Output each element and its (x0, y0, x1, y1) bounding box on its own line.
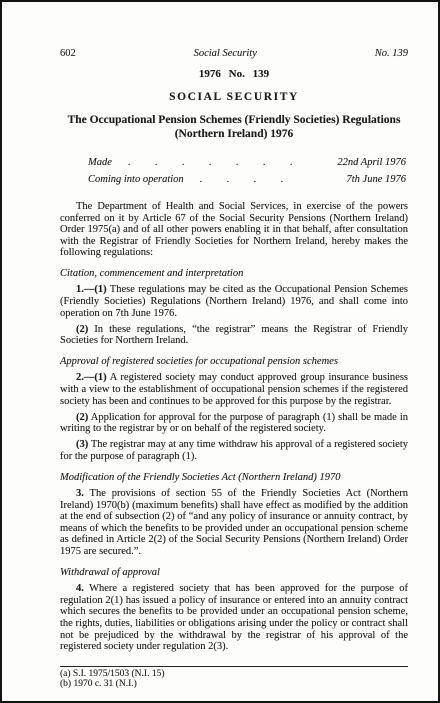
section-heading: Approval of registered societies for occ… (60, 356, 408, 368)
subject-heading: SOCIAL SECURITY (60, 91, 408, 103)
section-heading: Modification of the Friendly Societies A… (60, 472, 408, 484)
page-content: 602 Social Security No. 139 1976 No. 139… (60, 48, 408, 690)
docket-block: Made . . . . . . . 22nd April 1976 Comin… (88, 154, 406, 188)
running-header: 602 Social Security No. 139 (60, 48, 408, 59)
paragraph-text: In these regulations, “the registrar” me… (60, 324, 408, 347)
footnote-b: (b) 1970 c. 31 (N.I.) (60, 679, 408, 690)
paragraph-number: 4. (76, 583, 84, 594)
regulation-paragraph: (3) The registrar may at any time withdr… (60, 439, 408, 462)
title-line-2: (Northern Ireland) 1976 (60, 128, 408, 142)
paragraph-number: 3. (76, 488, 84, 499)
running-title: Social Security (194, 48, 257, 59)
paragraph-number: 2.—(1) (76, 372, 107, 383)
paragraph-number: (3) (76, 439, 88, 450)
section-heading: Citation, commencement and interpretatio… (60, 268, 408, 280)
section-withdrawal: Withdrawal of approval 4. Where a regist… (60, 567, 408, 653)
section-approval: Approval of registered societies for occ… (60, 356, 408, 463)
document-page: 602 Social Security No. 139 1976 No. 139… (0, 0, 440, 703)
preamble-paragraph: The Department of Health and Social Serv… (60, 201, 408, 259)
footnote-block: (a) S.I. 1975/1503 (N.I. 15) (b) 1970 c.… (60, 666, 408, 690)
regulation-paragraph: 3. The provisions of section 55 of the F… (60, 488, 408, 558)
regulation-paragraph: 4. Where a registered society that has b… (60, 583, 408, 653)
regulation-paragraph: (2) In these regulations, “the registrar… (60, 324, 408, 347)
made-date: 22nd April 1976 (337, 154, 406, 171)
title-line-1: The Occupational Pension Schemes (Friend… (60, 114, 408, 128)
section-heading: Withdrawal of approval (60, 567, 408, 579)
paragraph-number: (2) (76, 412, 88, 423)
section-modification: Modification of the Friendly Societies A… (60, 472, 408, 558)
regulation-paragraph: (2) Application for approval for the pur… (60, 412, 408, 435)
paragraph-text: The provisions of section 55 of the Frie… (60, 488, 408, 557)
paragraph-number: 1.—(1) (76, 284, 107, 295)
paragraph-text: Application for approval for the purpose… (60, 412, 408, 435)
section-citation: Citation, commencement and interpretatio… (60, 268, 408, 347)
dot-leader: . . . . (184, 171, 347, 188)
paragraph-text: Where a registered society that has been… (60, 583, 408, 652)
footnote-a: (a) S.I. 1975/1503 (N.I. 15) (60, 669, 408, 680)
operation-label: Coming into operation (88, 171, 184, 188)
regulation-paragraph: 1.—(1) These regulations may be cited as… (60, 284, 408, 319)
dot-leader: . . . . . . . (112, 154, 337, 171)
document-title: The Occupational Pension Schemes (Friend… (60, 114, 408, 141)
paragraph-text: These regulations may be cited as the Oc… (60, 284, 408, 318)
operation-date: 7th June 1976 (347, 171, 407, 188)
regulation-paragraph: 2.—(1) A registered society may conduct … (60, 372, 408, 407)
running-number: No. 139 (375, 48, 408, 59)
coming-into-operation-row: Coming into operation . . . . 7th June 1… (88, 171, 406, 188)
made-label: Made (88, 154, 112, 171)
footnote-rule (60, 666, 408, 667)
series-line: 1976 No. 139 (60, 68, 408, 80)
page-number: 602 (60, 48, 76, 59)
paragraph-text: The registrar may at any time withdraw h… (60, 439, 408, 462)
paragraph-text: A registered society may conduct approve… (60, 372, 408, 406)
paragraph-number: (2) (76, 324, 88, 335)
made-row: Made . . . . . . . 22nd April 1976 (88, 154, 406, 171)
